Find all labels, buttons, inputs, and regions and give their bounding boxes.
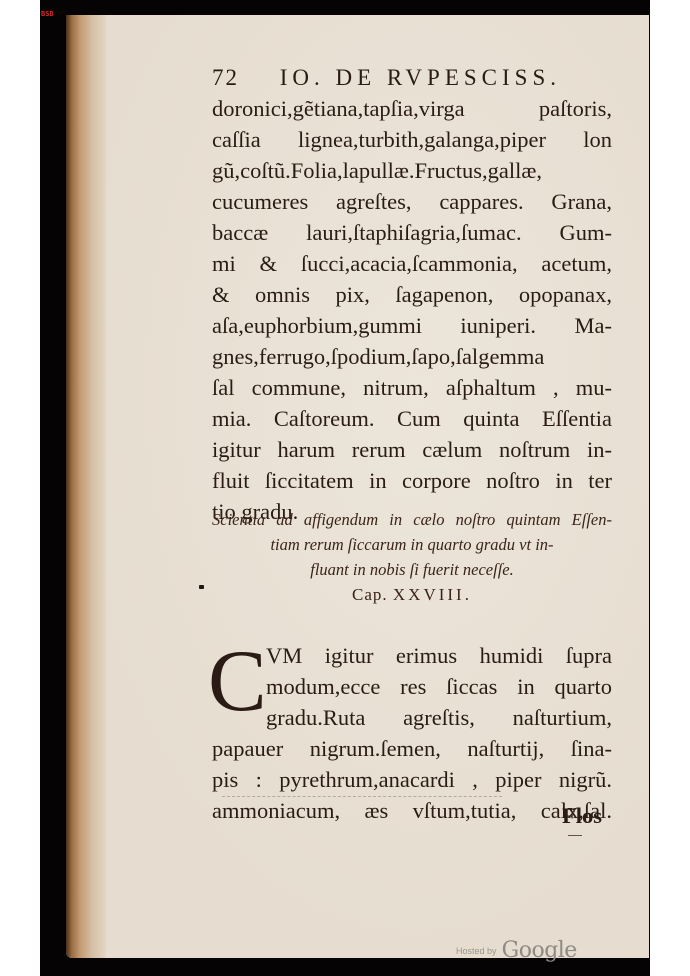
book-page: 72 IO. DE RVPESCISS. doronici,gẽtiana,ta… xyxy=(66,15,649,958)
text-line: papauer nigrum.ſemen, naſturtij, ſina- xyxy=(212,733,612,764)
running-head: 72 IO. DE RVPESCISS. xyxy=(212,63,632,93)
text-line: cucumeres agreſtes, cappares. Grana, xyxy=(212,186,612,217)
google-logo: Google xyxy=(502,938,577,963)
text-line: pis : pyrethrum,anacardi , piper nigrũ. xyxy=(212,764,612,795)
text-line: mi & ſucci,acacia,ſcammonia, acetum, xyxy=(212,248,612,279)
ink-show-through xyxy=(222,796,502,799)
catchword: Flos xyxy=(562,803,602,829)
text-line: gũ,coſtũ.Folia,lapullæ.Fructus,gallæ, xyxy=(212,155,612,186)
text-line: ſal commune, nitrum, aſphaltum , mu- xyxy=(212,372,612,403)
text-line: aſa,euphorbium,gummi iuniperi. Ma- xyxy=(212,310,612,341)
page-number: 72 xyxy=(212,63,272,93)
text-line: VM igitur erimus humidi ſupra xyxy=(212,640,612,671)
heading-line: fluant in nobis ſi fuerit neceſſe. xyxy=(212,557,612,582)
text-line: fluit ſiccitatem in corpore noſtro in te… xyxy=(212,465,612,496)
ink-speck xyxy=(199,585,204,589)
main-text-block: 72 IO. DE RVPESCISS. doronici,gẽtiana,ta… xyxy=(212,63,632,527)
text-line: doronici,gẽtiana,tapſia,virga paſtoris, xyxy=(212,93,612,124)
text-line: ammoniacum, æs vſtum,tutia, calx,ſal. xyxy=(212,795,612,826)
running-title: IO. DE RVPESCISS. xyxy=(280,65,561,90)
library-mark: BSB xyxy=(41,10,54,18)
hosted-label: Hosted by xyxy=(456,946,497,956)
text-line: baccæ lauri,ſtaphiſagria,ſumac. Gum- xyxy=(212,217,612,248)
text-line: mia. Caſtoreum. Cum quinta Eſſentia xyxy=(212,403,612,434)
text-line: gnes,ferrugo,ſpodium,ſapo,ſalgemma xyxy=(212,341,612,372)
chapter-label: Cap. xyxy=(352,585,388,604)
paragraph-1: doronici,gẽtiana,tapſia,virga paſtoris, … xyxy=(212,93,632,527)
text-line: caſſia lignea,turbith,galanga,piper lon xyxy=(212,124,612,155)
hosted-by-watermark: Hosted by Google xyxy=(456,938,577,963)
chapter-heading: Scientia ad affigendum in cælo noſtro qu… xyxy=(212,507,612,607)
text-line: & omnis pix, ſagapenon, opopanax, xyxy=(212,279,612,310)
page-gutter-shadow xyxy=(66,15,106,958)
text-line: modum,ecce res ſiccas in quarto xyxy=(212,671,612,702)
chapter-number: Cap. XXVIII. xyxy=(212,582,612,607)
heading-line: Scientia ad affigendum in cælo noſtro qu… xyxy=(212,507,612,532)
catchword-rule xyxy=(568,835,582,836)
text-line: igitur harum rerum cælum noſtrum in- xyxy=(212,434,612,465)
text-line: gradu.Ruta agreſtis, naſturtium, xyxy=(212,702,612,733)
heading-line: tiam rerum ſiccarum in quarto gradu vt i… xyxy=(212,532,612,557)
drop-cap: C xyxy=(208,642,267,722)
chapter-roman-numeral: XXVIII. xyxy=(393,585,472,604)
